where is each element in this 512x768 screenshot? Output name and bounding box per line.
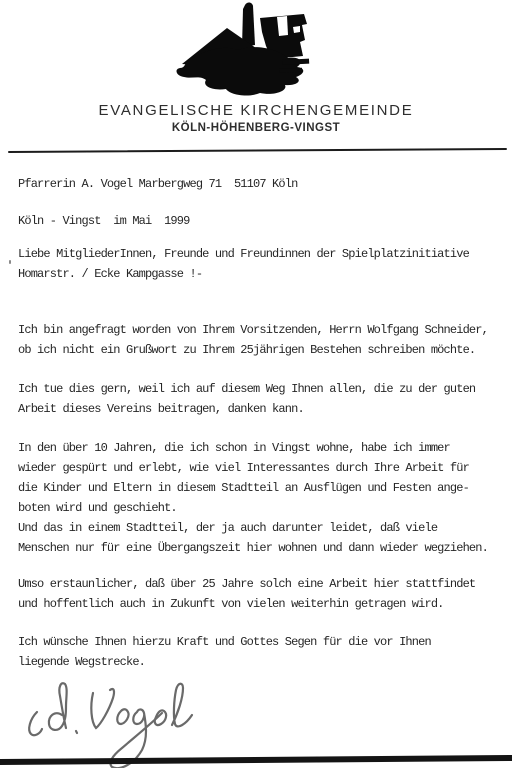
letterhead-divider <box>8 148 507 153</box>
sender-line: Pfarrerin A. Vogel Marbergweg 71 51107 K… <box>18 174 506 194</box>
org-location: KÖLN-HÖHENBERG-VINGST <box>0 122 512 134</box>
church-logo-icon <box>176 2 311 97</box>
paragraph: Ich bin angefragt worden von Ihrem Vorsi… <box>18 320 506 360</box>
letter-page: EVANGELISCHE KIRCHENGEMEINDE KÖLN-HÖHENB… <box>0 0 512 768</box>
salutation: Liebe MitgliederInnen, Freunde und Freun… <box>18 244 506 284</box>
paragraph: Ich tue dies gern, weil ich auf diesem W… <box>18 379 506 419</box>
paragraph: In den über 10 Jahren, die ich schon in … <box>18 438 506 558</box>
scan-speck <box>9 260 11 264</box>
paragraph: Ich wünsche Ihnen hierzu Kraft und Gotte… <box>18 632 506 672</box>
handwritten-signature-icon <box>22 672 207 768</box>
paragraph: Umso erstaunlicher, daß über 25 Jahre so… <box>18 574 506 614</box>
date-line: Köln - Vingst im Mai 1999 <box>18 211 506 231</box>
org-name: EVANGELISCHE KIRCHENGEMEINDE <box>0 102 512 119</box>
